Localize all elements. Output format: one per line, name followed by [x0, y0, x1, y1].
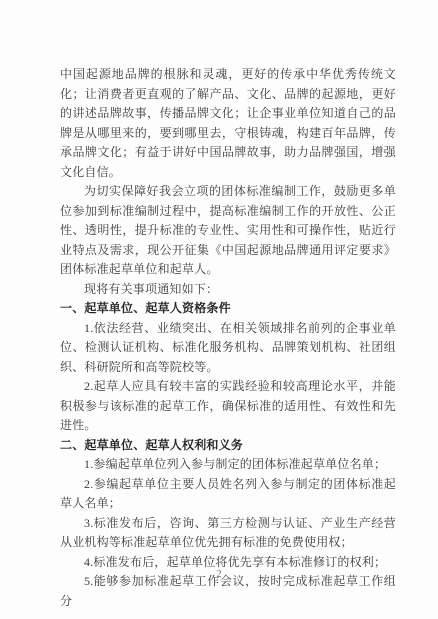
paragraph: 3.标准发布后，咨询、第三方检测与认证、产业生产经营从业机构等标准起草单位优先拥…	[60, 514, 396, 553]
paragraph: 2.参编起草单位主要人员姓名列入参与制定的团体标准起草人名单；	[60, 475, 396, 514]
section-heading: 一、起草单位、起草人资格条件	[60, 299, 396, 319]
paragraph: 1.依法经营、业绩突出、在相关领域排名前列的企事业单位、检测认证机构、标准化服务…	[60, 319, 396, 378]
document-page: 中国起源地品牌的根脉和灵魂，更好的传承中华优秀传统文化；让消费者更直观的了解产品…	[0, 0, 438, 619]
page-number: 2	[0, 569, 438, 580]
paragraph: 1.参编起草单位列入参与制定的团体标准起草单位名单；	[60, 455, 396, 475]
paragraph: 2.起草人应具有较丰富的实践经验和较高理论水平，并能积极参与该标准的起草工作，确…	[60, 377, 396, 436]
section-heading: 二、起草单位、起草人权利和义务	[60, 436, 396, 456]
document-body: 中国起源地品牌的根脉和灵魂，更好的传承中华优秀传统文化；让消费者更直观的了解产品…	[60, 65, 396, 611]
paragraph: 为切实保障好我会立项的团体标准编制工作，鼓励更多单位参加到标准编制过程中，提高标…	[60, 182, 396, 280]
paragraph: 中国起源地品牌的根脉和灵魂，更好的传承中华优秀传统文化；让消费者更直观的了解产品…	[60, 65, 396, 182]
paragraph: 现将有关事项通知如下：	[60, 280, 396, 300]
